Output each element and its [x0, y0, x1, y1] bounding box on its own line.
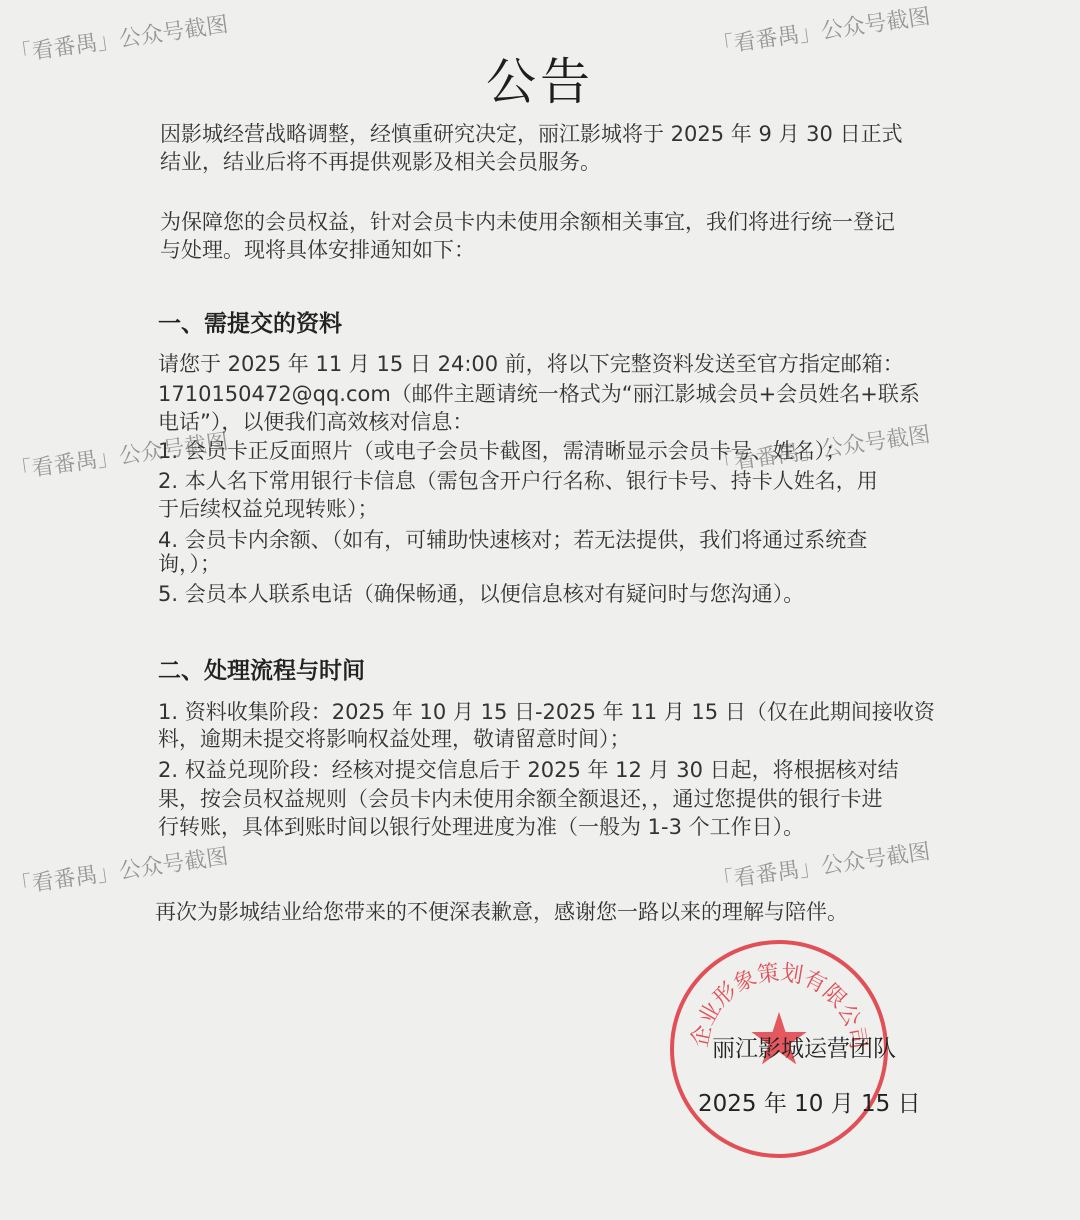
process-item: 行转账，具体到账时间以银行处理进度为准（一般为 1-3 个工作日）。 — [158, 813, 804, 842]
requirement-item: 2. 本人名下常用银行卡信息（需包含开户行名称、银行卡号、持卡人姓名，用 — [158, 467, 878, 496]
process-item: 2. 权益兑现阶段：经核对提交信息后于 2025 年 12 月 30 日起，将根… — [158, 756, 899, 785]
purpose-line: 为保障您的会员权益，针对会员卡内未使用余额相关事宜，我们将进行统一登记 — [160, 208, 895, 237]
signature-team: 丽江影城运营团队 — [712, 1030, 896, 1063]
process-item: 果，按会员权益规则（会员卡内未使用余额全额退还，，通过您提供的银行卡进 — [158, 785, 883, 814]
requirement-item: 5. 会员本人联系电话（确保畅通，以便信息核对有疑问时与您沟通）。 — [158, 580, 804, 609]
process-item: 料，逾期未提交将影响权益处理，敬请留意时间）； — [158, 725, 631, 754]
intro-line: 因影城经营战略调整，经慎重研究决定，丽江影城将于 2025 年 9 月 30 日… — [160, 120, 903, 149]
signature-date: 2025 年 10 月 15 日 — [698, 1085, 921, 1118]
watermark: 「看番禺」公众号截图 — [8, 840, 230, 901]
page-title: 公告 — [0, 42, 1080, 114]
requirement-item: 1. 会员卡正反面照片（或电子会员卡截图，需清晰显示会员卡号、姓名）； — [158, 437, 846, 466]
watermark: 「看番禺」公众号截图 — [710, 835, 932, 896]
email-line: 1710150472@qq.com（邮件主题请统一格式为“丽江影城会员+会员姓名… — [158, 380, 920, 409]
requirement-item: 4. 会员卡内余额、（如有，可辅助快速核对；若无法提供，我们将通过系统查 — [158, 526, 867, 555]
intro-line: 结业，结业后将不再提供观影及相关会员服务。 — [160, 148, 601, 177]
notice-document: 「看番禺」公众号截图 「看番禺」公众号截图 「看番禺」公众号截图 「看番禺」公众… — [0, 0, 1080, 1220]
section1-line: 请您于 2025 年 11 月 15 日 24:00 前，将以下完整资料发送至官… — [158, 350, 904, 379]
process-item: 1. 资料收集阶段：2025 年 10 月 15 日-2025 年 11 月 1… — [158, 698, 935, 727]
section-heading: 一、需提交的资料 — [158, 305, 342, 338]
section-heading: 二、处理流程与时间 — [158, 652, 365, 685]
closing-text: 再次为影城结业给您带来的不便深表歉意，感谢您一路以来的理解与陪伴。 — [155, 898, 848, 927]
purpose-line: 与处理。现将具体安排通知如下： — [160, 236, 475, 265]
requirement-item: 询，）； — [158, 550, 221, 579]
section1-line: 电话”），以便我们高效核对信息： — [158, 408, 473, 437]
requirement-item: 于后续权益兑现转账）； — [158, 495, 379, 524]
